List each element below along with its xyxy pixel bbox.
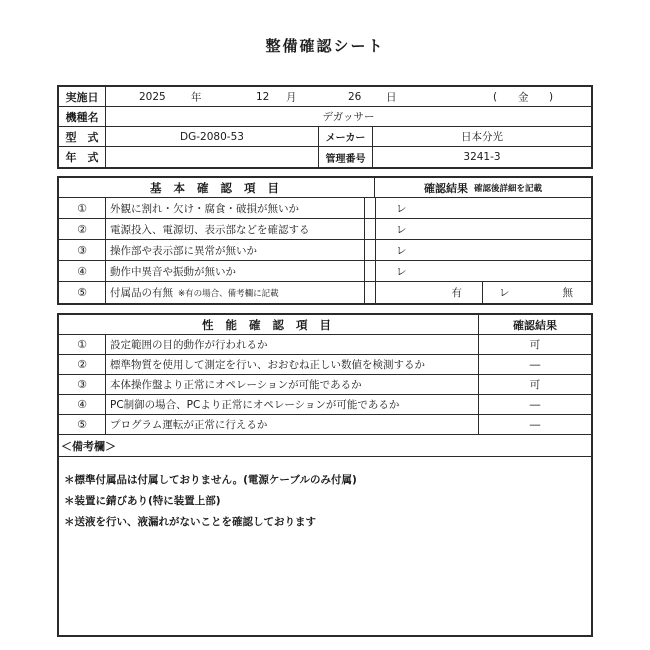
- basic-row-4-item: 動作中異音や振動が無いか: [106, 261, 365, 281]
- performance-row-5-result: ―: [479, 415, 591, 434]
- performance-row-4-item: PC制御の場合、PCより正常にオペレーションが可能であるか: [106, 395, 479, 414]
- basic-row-1-item: 外観に割れ・欠け・腐食・破損が無いか: [106, 198, 365, 218]
- date-weekday: 金: [518, 89, 529, 104]
- performance-header-row: 性 能 確 認 項 目 確認結果: [59, 315, 591, 335]
- basic-row-5-number: ⑤: [59, 282, 106, 303]
- basic-check-table: 基 本 確 認 項 目 確認結果 確認後詳細を記載 ① 外観に割れ・欠け・腐食・…: [57, 176, 593, 305]
- date-month: 12: [256, 91, 269, 103]
- basic-row-5-item-note: ※有の場合、備考欄に記載: [178, 287, 279, 299]
- performance-row-5: ⑤ プログラム運転が正常に行えるか ―: [59, 415, 591, 435]
- info-row-date: 実施日 2025 年 12 月 26 日 ( 金 ): [59, 87, 591, 107]
- basic-row-2: ② 電源投入、電源切、表示部などを確認する レ: [59, 219, 591, 240]
- basic-row-3-item: 操作部や表示部に異常が無いか: [106, 240, 365, 260]
- performance-row-1: ① 設定範囲の目的動作が行われるか 可: [59, 335, 591, 355]
- date-year: 2025: [139, 91, 166, 103]
- basic-row-5-item: 付属品の有無: [110, 285, 173, 300]
- performance-row-3-result: 可: [479, 375, 591, 394]
- basic-row-5-checkmark: レ: [499, 285, 510, 300]
- basic-row-1-spacer: [365, 198, 376, 218]
- basic-row-5-item-cell: 付属品の有無 ※有の場合、備考欄に記載: [106, 282, 365, 303]
- performance-row-3-number: ③: [59, 375, 106, 394]
- performance-row-4: ④ PC制御の場合、PCより正常にオペレーションが可能であるか ―: [59, 395, 591, 415]
- model-name-label: 機種名: [59, 107, 106, 126]
- performance-row-2-item: 標準物質を使用して測定を行い、おおむね正しい数値を検測するか: [106, 355, 479, 374]
- basic-row-2-number: ②: [59, 219, 106, 239]
- basic-header-item: 基 本 確 認 項 目: [59, 178, 375, 197]
- date-year-unit: 年: [191, 89, 202, 104]
- performance-check-table: 性 能 確 認 項 目 確認結果 ① 設定範囲の目的動作が行われるか 可 ② 標…: [57, 313, 593, 637]
- model-year-label: 年 式: [59, 147, 106, 167]
- basic-row-2-checkmark: レ: [376, 219, 591, 239]
- model-type-label: 型 式: [59, 127, 106, 146]
- remarks-note-2: ＊装置に錆びあり(特に装置上部): [64, 491, 585, 512]
- model-type-value: DG-2080-53: [106, 127, 319, 146]
- performance-row-4-number: ④: [59, 395, 106, 414]
- performance-row-5-number: ⑤: [59, 415, 106, 434]
- maker-label: メーカー: [319, 127, 373, 146]
- basic-header-result-title: 確認結果: [424, 180, 468, 196]
- control-number-value: 3241-3: [373, 147, 591, 167]
- maker-value: 日本分光: [373, 127, 591, 146]
- performance-header-item: 性 能 確 認 項 目: [59, 315, 479, 334]
- date-month-unit: 月: [286, 89, 297, 104]
- date-day: 26: [348, 91, 361, 103]
- basic-header-result: 確認結果 確認後詳細を記載: [375, 178, 591, 197]
- remarks-box: ＊標準付属品は付属しておりません。(電源ケーブルのみ付属) ＊装置に錆びあり(特…: [59, 457, 591, 635]
- performance-row-1-item: 設定範囲の目的動作が行われるか: [106, 335, 479, 354]
- model-name-value: デガッサー: [106, 107, 591, 126]
- basic-row-3-number: ③: [59, 240, 106, 260]
- basic-row-1-number: ①: [59, 198, 106, 218]
- basic-row-2-spacer: [365, 219, 376, 239]
- remarks-note-1: ＊標準付属品は付属しておりません。(電源ケーブルのみ付属): [64, 470, 585, 491]
- basic-row-4: ④ 動作中異音や振動が無いか レ: [59, 261, 591, 282]
- performance-row-1-number: ①: [59, 335, 106, 354]
- basic-header-row: 基 本 確 認 項 目 確認結果 確認後詳細を記載: [59, 178, 591, 198]
- basic-row-3: ③ 操作部や表示部に異常が無いか レ: [59, 240, 591, 261]
- basic-row-3-checkmark: レ: [376, 240, 591, 260]
- basic-row-5-spacer: [365, 282, 376, 303]
- performance-header-result: 確認結果: [479, 315, 591, 334]
- maintenance-check-sheet: 整備確認シート 実施日 2025 年 12 月 26 日 ( 金 ) 機種名 デ…: [0, 0, 650, 650]
- sheet-title: 整備確認シート: [0, 35, 650, 56]
- basic-row-5: ⑤ 付属品の有無 ※有の場合、備考欄に記載 有 レ 無: [59, 282, 591, 303]
- basic-row-1-checkmark: レ: [376, 198, 591, 218]
- performance-row-2-result: ―: [479, 355, 591, 374]
- info-row-model-type: 型 式 DG-2080-53 メーカー 日本分光: [59, 127, 591, 147]
- basic-header-result-note: 確認後詳細を記載: [474, 182, 542, 194]
- info-row-model-year: 年 式 管理番号 3241-3: [59, 147, 591, 167]
- date-value-cell: 2025 年 12 月 26 日 ( 金 ): [106, 87, 591, 106]
- basic-row-4-spacer: [365, 261, 376, 281]
- performance-row-1-result: 可: [479, 335, 591, 354]
- basic-row-1: ① 外観に割れ・欠け・腐食・破損が無いか レ: [59, 198, 591, 219]
- performance-row-3-item: 本体操作盤より正常にオペレーションが可能であるか: [106, 375, 479, 394]
- info-table: 実施日 2025 年 12 月 26 日 ( 金 ) 機種名 デガッサー 型 式…: [57, 85, 593, 169]
- remarks-label: ＜備考欄＞: [59, 435, 591, 457]
- basic-row-4-number: ④: [59, 261, 106, 281]
- basic-row-5-no-cell: レ 無: [483, 282, 591, 303]
- basic-row-5-option-no: 無: [563, 285, 574, 300]
- date-paren-close: ): [549, 91, 553, 103]
- info-row-model-name: 機種名 デガッサー: [59, 107, 591, 127]
- performance-row-2-number: ②: [59, 355, 106, 374]
- date-day-unit: 日: [386, 89, 397, 104]
- performance-row-2: ② 標準物質を使用して測定を行い、おおむね正しい数値を検測するか ―: [59, 355, 591, 375]
- performance-row-5-item: プログラム運転が正常に行えるか: [106, 415, 479, 434]
- basic-row-5-option-yes: 有: [376, 282, 483, 303]
- performance-row-3: ③ 本体操作盤より正常にオペレーションが可能であるか 可: [59, 375, 591, 395]
- model-year-value: [106, 147, 319, 167]
- basic-row-4-checkmark: レ: [376, 261, 591, 281]
- control-number-label: 管理番号: [319, 147, 373, 167]
- date-label: 実施日: [59, 87, 106, 106]
- remarks-note-3: ＊送液を行い、液漏れがないことを確認しております: [64, 512, 585, 533]
- date-paren-open: (: [493, 91, 497, 103]
- performance-row-4-result: ―: [479, 395, 591, 414]
- basic-row-2-item: 電源投入、電源切、表示部などを確認する: [106, 219, 365, 239]
- basic-row-3-spacer: [365, 240, 376, 260]
